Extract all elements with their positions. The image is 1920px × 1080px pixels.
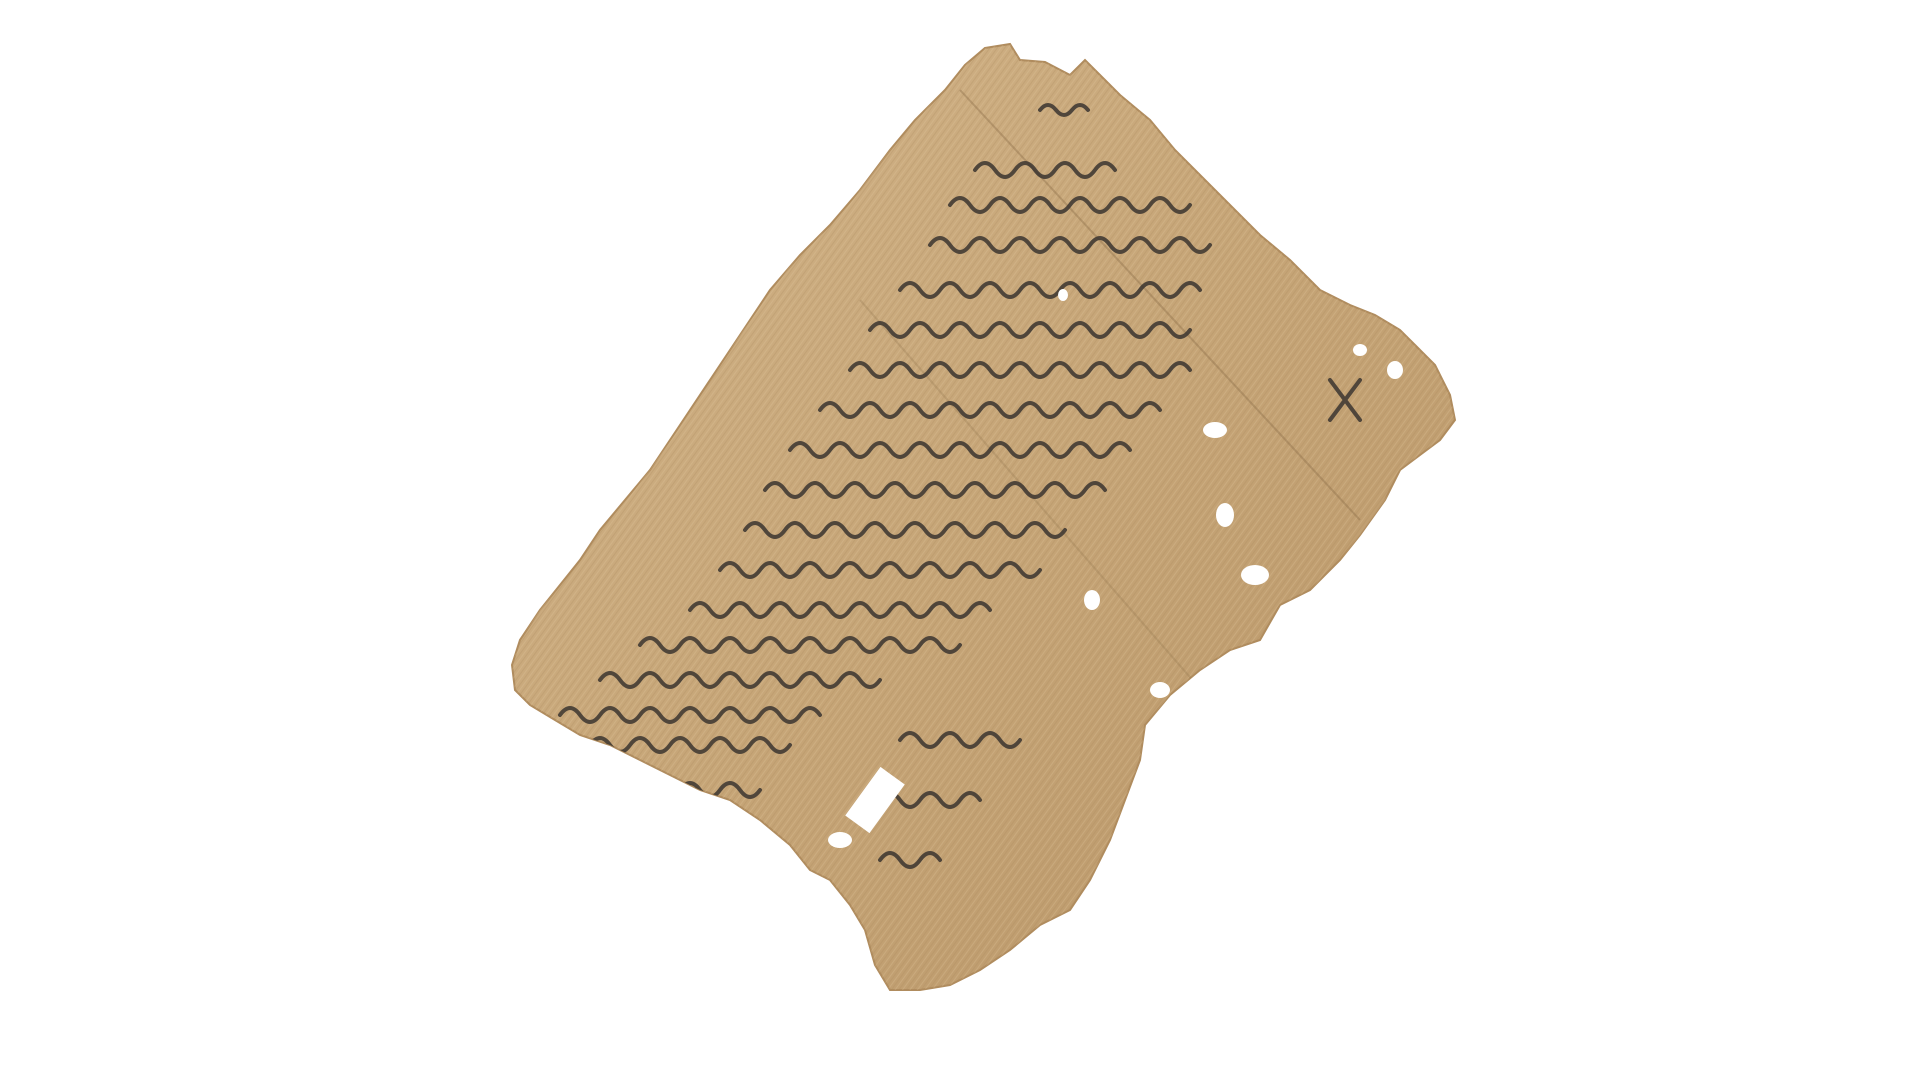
photo-stage <box>0 0 1920 1080</box>
papyrus-fragment <box>0 0 1920 1080</box>
